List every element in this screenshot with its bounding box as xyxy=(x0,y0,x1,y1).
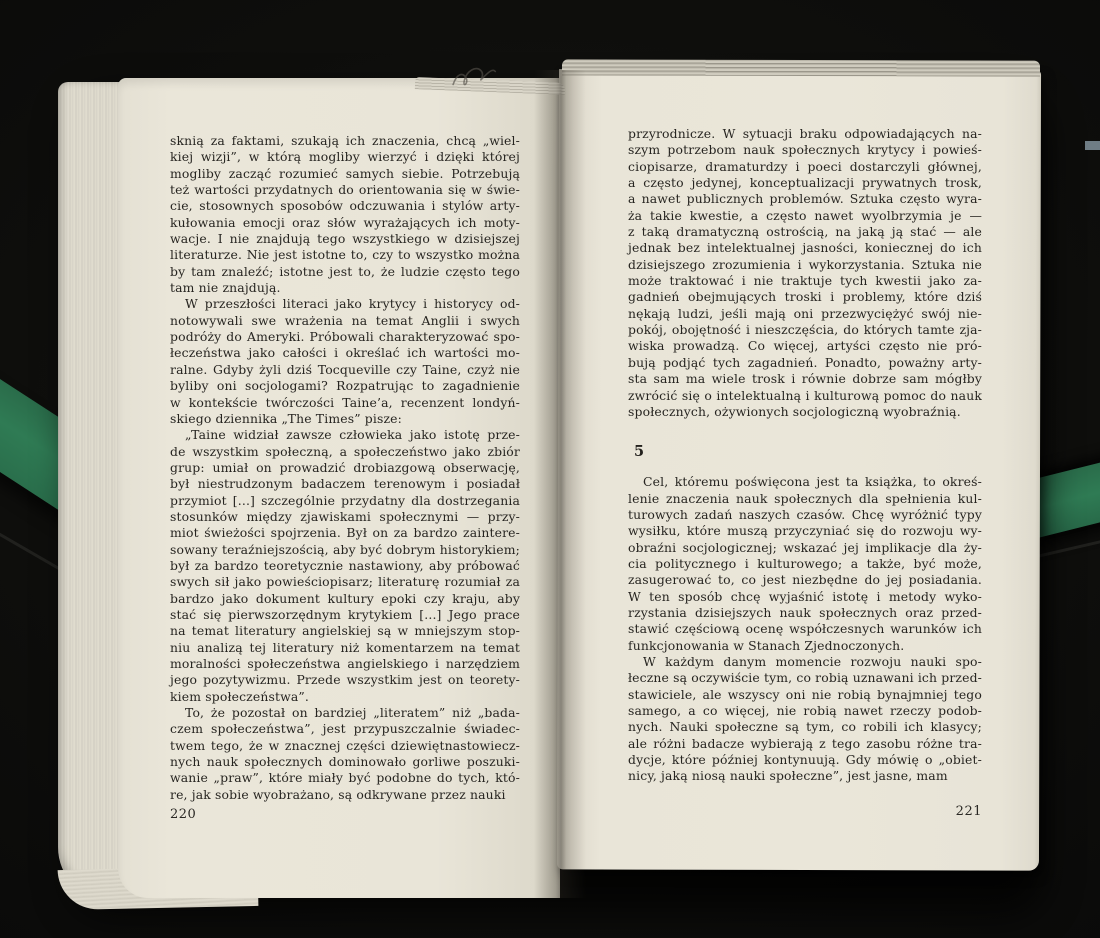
text-line: nych. Nauki społeczne są tym, co robili … xyxy=(628,719,982,735)
text-line: swych sił jako powieściopisarz; literatu… xyxy=(170,574,520,590)
text-line: a nawet publicznych problemów. Sztuka cz… xyxy=(628,191,982,207)
text-line: W przeszłości literaci jako krytycy i hi… xyxy=(170,296,520,312)
paragraph: Cel, któremu poświęcona jest ta książka,… xyxy=(628,474,982,654)
text-line: sknią za faktami, szukają ich znaczenia,… xyxy=(170,133,520,149)
text-line: To, że pozostał on bardziej „literatem” … xyxy=(170,705,520,721)
text-line: wysiłku, które muszą przyczyniać się do … xyxy=(628,523,982,539)
text-line: cia politycznego i kulturowego; a także,… xyxy=(628,556,982,572)
text-line: bują podjąć tych zagadnień. Ponadto, pow… xyxy=(628,355,982,371)
page-number-right: 221 xyxy=(922,804,982,819)
text-line: był za bardzo teoretycznie nastawiony, a… xyxy=(170,558,520,574)
text-line: bardzo jako dokument kultury epoki czy k… xyxy=(170,591,520,607)
text-line: mogliby zacząć rozumieć samych siebie. P… xyxy=(170,166,520,182)
text-line: by tam znaleźć; istotne jest to, że ludz… xyxy=(170,264,520,280)
text-line: moralności społeczeństwa angielskiego i … xyxy=(170,656,520,672)
paragraph: To, że pozostał on bardziej „literatem” … xyxy=(170,705,520,803)
text-line: też wartości przydatnych do orientowania… xyxy=(170,182,520,198)
section-heading: 5 xyxy=(634,442,982,461)
text-line: jednak bez intelektualnej jasności, koni… xyxy=(628,240,982,256)
text-line: twem tego, że w znacznej części dziewięt… xyxy=(170,738,520,754)
book-scan-photo: { "colors": { "background": "#0e0e0c", "… xyxy=(0,0,1100,938)
text-line: z taką dramatyczną ostrością, na jaką ją… xyxy=(628,224,982,240)
text-line: dycje, które później kontynuują. Gdy mów… xyxy=(628,752,982,768)
text-line: społecznych, ożywionych socjologiczną wy… xyxy=(628,404,982,420)
text-line: W ten sposób chcę wyjaśnić istotę i meto… xyxy=(628,589,982,605)
text-line: stać się pierwszorzędnym krytykiem [...]… xyxy=(170,607,520,623)
text-line: turowych zadań naszych czasów. Chcę wyró… xyxy=(628,507,982,523)
text-line: literaturze. Nie jest istotne to, czy to… xyxy=(170,247,520,263)
left-page-text-column: sknią za faktami, szukają ich znaczenia,… xyxy=(170,133,520,803)
text-line: łeczne są oczywiście tym, co robią uznaw… xyxy=(628,670,982,686)
text-line: nych nauk społecznych dominowało gorliwe… xyxy=(170,754,520,770)
text-line: wiska prowadzą. Co więcej, artyści częst… xyxy=(628,338,982,354)
text-line: jego pozytywizmu. Przede wszystkim jest … xyxy=(170,672,520,688)
text-line: Cel, któremu poświęcona jest ta książka,… xyxy=(628,474,982,490)
text-line: tam nie znajdują. xyxy=(170,280,520,296)
text-line: stawiciele, ale wszyscy oni nie robią by… xyxy=(628,687,982,703)
page-stack-top-edge-right xyxy=(562,59,1040,76)
text-line: był niestrudzonym badaczem terenowym i p… xyxy=(170,476,520,492)
text-line: zwrócić się o intelektualną i kulturową … xyxy=(628,388,982,404)
text-line: sowany teraźniejszością, aby być dobrym … xyxy=(170,542,520,558)
text-line: a często jedynej, konceptualizacji prywa… xyxy=(628,175,982,191)
paragraph: sknią za faktami, szukają ich znaczenia,… xyxy=(170,133,520,296)
text-line: grup: umiał on prowadzić drobiazgową obs… xyxy=(170,460,520,476)
edge-artifact xyxy=(1085,141,1100,150)
text-line: byliby oni socjologami? Rozpatrując to z… xyxy=(170,378,520,394)
text-line: re, jak sobie wyobrażano, są odkrywane p… xyxy=(170,787,520,803)
text-line: kiem społeczeństwa”. xyxy=(170,689,520,705)
paragraph: W każdym danym momencie rozwoju nauki sp… xyxy=(628,654,982,785)
paragraph: W przeszłości literaci jako krytycy i hi… xyxy=(170,296,520,427)
text-line: łeczeństwa jako całości i określać ich w… xyxy=(170,345,520,361)
text-line: lenie znaczenia nauk społecznych dla spe… xyxy=(628,491,982,507)
text-line: „Taine widział zawsze człowieka jako ist… xyxy=(170,427,520,443)
text-line: szym potrzebom nauk społecznych krytycy … xyxy=(628,142,982,158)
book-gutter-shadow xyxy=(534,70,586,898)
text-line: cie, stosownych sposobów odczuwania i st… xyxy=(170,198,520,214)
text-line: de wszystkim społeczną, a społeczeństwo … xyxy=(170,444,520,460)
right-page-text-column: przyrodnicze. W sytuacji braku odpowiada… xyxy=(628,126,982,785)
text-line: miot świeżości spojrzenia. Był on za bar… xyxy=(170,525,520,541)
text-line: notowywali swe wrażenia na temat Anglii … xyxy=(170,313,520,329)
text-line: obraźni socjologicznej; wskazać jej impl… xyxy=(628,540,982,556)
text-line: nicy, jaką niosą nauki społeczne”, jest … xyxy=(628,768,982,784)
text-line: samego, a co więcej, nie robią nawet rze… xyxy=(628,703,982,719)
text-line: ralne. Gdyby żyli dziś Tocqueville czy T… xyxy=(170,362,520,378)
page-number-left: 220 xyxy=(170,807,196,822)
text-line: W każdym danym momencie rozwoju nauki sp… xyxy=(628,654,982,670)
text-line: ciopisarze, dramaturdzy i poeci dostarcz… xyxy=(628,159,982,175)
text-line: przyrodnicze. W sytuacji braku odpowiada… xyxy=(628,126,982,142)
text-line: dzisiejszego zrozumienia i wykorzystania… xyxy=(628,257,982,273)
text-line: ale różni badacze wybierają z tego zasob… xyxy=(628,736,982,752)
text-line: stawić częściową ocenę współczesnych war… xyxy=(628,621,982,637)
text-line: na temat literatury angielskiej są w mni… xyxy=(170,623,520,639)
paragraph: „Taine widział zawsze człowieka jako ist… xyxy=(170,427,520,705)
text-line: może traktować i nie traktuje tych kwest… xyxy=(628,273,982,289)
text-line: stosunków między zjawiskami społecznymi … xyxy=(170,509,520,525)
text-line: czem społeczeństwa”, jest przypuszczalni… xyxy=(170,721,520,737)
text-line: podróży do Ameryki. Próbowali charaktery… xyxy=(170,329,520,345)
text-line: nękają ludzi, jeśli mają oni przezwycięż… xyxy=(628,306,982,322)
text-line: rzystania dzisiejszych nauk społecznych … xyxy=(628,605,982,621)
text-line: sta sam ma wiele trosk i równie dobrze s… xyxy=(628,371,982,387)
text-line: zasugerować to, co jest niezbędne do jej… xyxy=(628,572,982,588)
text-line: gadnień obejmujących troski i problemy, … xyxy=(628,289,982,305)
text-line: skiego dziennika „The Times” pisze: xyxy=(170,411,520,427)
text-line: wanie „praw”, które miały być podobne do… xyxy=(170,770,520,786)
text-line: niu analizą tej literatury niż komentarz… xyxy=(170,640,520,656)
text-line: funkcjonowania w Stanach Zjednoczonych. xyxy=(628,638,982,654)
text-line: ża takie kwestie, a często nawet wyolbrz… xyxy=(628,208,982,224)
text-line: w kontekście twórczości Taine’a, recenze… xyxy=(170,395,520,411)
text-line: wacje. I nie znajdują tego wszystkiego w… xyxy=(170,231,520,247)
text-line: kułowania emocji oraz słów wyrażających … xyxy=(170,215,520,231)
text-line: kiej wizji”, w którą mogliby wierzyć i d… xyxy=(170,149,520,165)
text-line: przymiot [...] szczególnie przydatny dla… xyxy=(170,493,520,509)
text-line: pokój, obojętność i nieszczęścia, do któ… xyxy=(628,322,982,338)
paragraph: przyrodnicze. W sytuacji braku odpowiada… xyxy=(628,126,982,420)
